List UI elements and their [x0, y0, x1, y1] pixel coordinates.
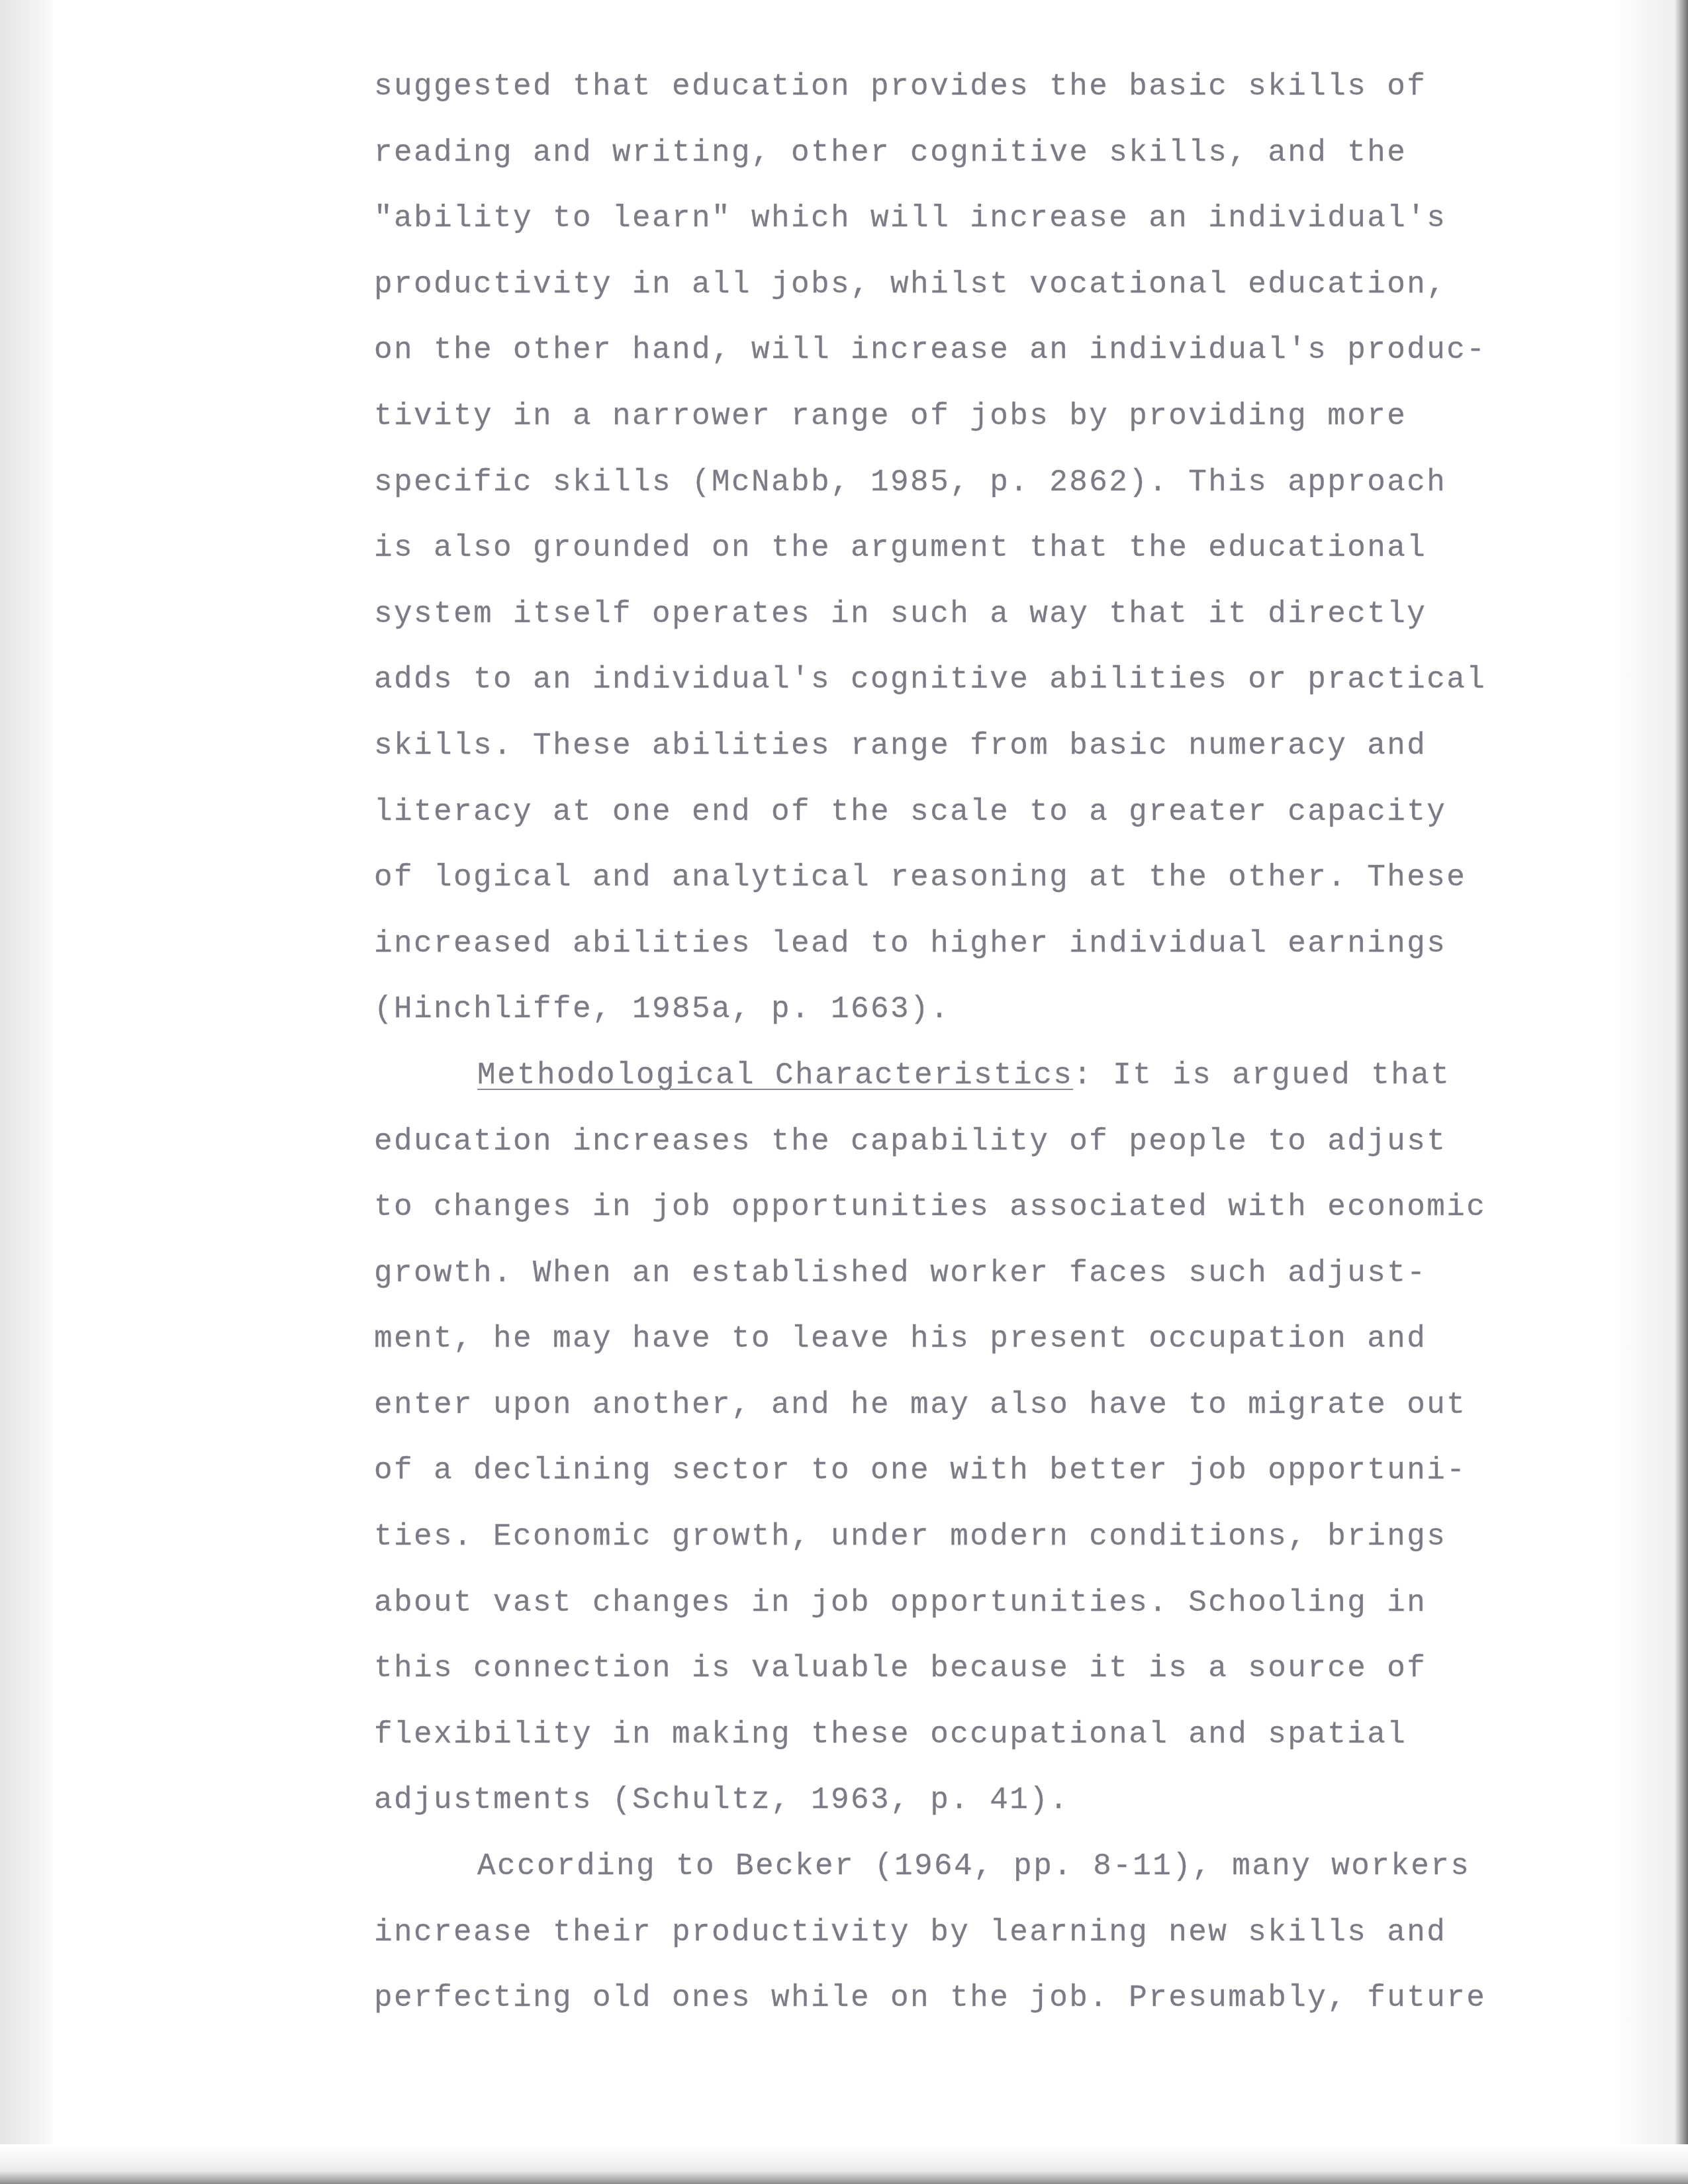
text-line: increase their productivity by learning …: [374, 1900, 1513, 1966]
text-line: flexibility in making these occupational…: [374, 1702, 1513, 1768]
text-line: productivity in all jobs, whilst vocatio…: [374, 252, 1513, 318]
text-line: education increases the capability of pe…: [374, 1109, 1513, 1175]
text-line: enter upon another, and he may also have…: [374, 1373, 1513, 1439]
text-line: to changes in job opportunities associat…: [374, 1175, 1513, 1241]
text-line: adjustments (Schultz, 1963, p. 41).: [374, 1768, 1513, 1834]
text-line: adds to an individual's cognitive abilit…: [374, 647, 1513, 713]
text-line: ties. Economic growth, under modern cond…: [374, 1504, 1513, 1570]
text-line: skills. These abilities range from basic…: [374, 713, 1513, 780]
text-line: (Hinchliffe, 1985a, p. 1663).: [374, 977, 1513, 1043]
text-line: of a declining sector to one with better…: [374, 1438, 1513, 1504]
document-page: suggested that education provides the ba…: [374, 54, 1513, 2032]
text-line: tivity in a narrower range of jobs by pr…: [374, 384, 1513, 450]
text-line: increased abilities lead to higher indiv…: [374, 911, 1513, 978]
heading-continuation: : It is argued that: [1073, 1058, 1450, 1093]
paragraph-becker-on-the-job: According to Becker (1964, pp. 8-11), ma…: [374, 1834, 1513, 2032]
text-line: perfecting old ones while on the job. Pr…: [374, 1966, 1513, 2032]
text-line: suggested that education provides the ba…: [374, 54, 1513, 120]
paragraph-methodological-characteristics: Methodological Characteristics: It is ar…: [374, 1043, 1513, 1834]
scan-left-edge: [0, 0, 53, 2184]
scan-bottom-edge: [0, 2144, 1688, 2184]
text-line: "ability to learn" which will increase a…: [374, 186, 1513, 252]
scan-right-edge: [1615, 0, 1688, 2184]
text-line: reading and writing, other cognitive ski…: [374, 120, 1513, 187]
text-line: ment, he may have to leave his present o…: [374, 1306, 1513, 1373]
text-line-first: Methodological Characteristics: It is ar…: [374, 1043, 1513, 1109]
text-line: specific skills (McNabb, 1985, p. 2862).…: [374, 450, 1513, 516]
text-line-first: According to Becker (1964, pp. 8-11), ma…: [374, 1834, 1513, 1900]
text-line: this connection is valuable because it i…: [374, 1636, 1513, 1702]
text-line: is also grounded on the argument that th…: [374, 516, 1513, 582]
text-line: about vast changes in job opportunities.…: [374, 1570, 1513, 1637]
paragraph-human-capital-skills: suggested that education provides the ba…: [374, 54, 1513, 1043]
text-line: on the other hand, will increase an indi…: [374, 318, 1513, 384]
text-line: of logical and analytical reasoning at t…: [374, 845, 1513, 911]
text-line: literacy at one end of the scale to a gr…: [374, 780, 1513, 846]
text-line: growth. When an established worker faces…: [374, 1241, 1513, 1307]
section-heading: Methodological Characteristics: [477, 1058, 1073, 1093]
text-line: system itself operates in such a way tha…: [374, 582, 1513, 648]
